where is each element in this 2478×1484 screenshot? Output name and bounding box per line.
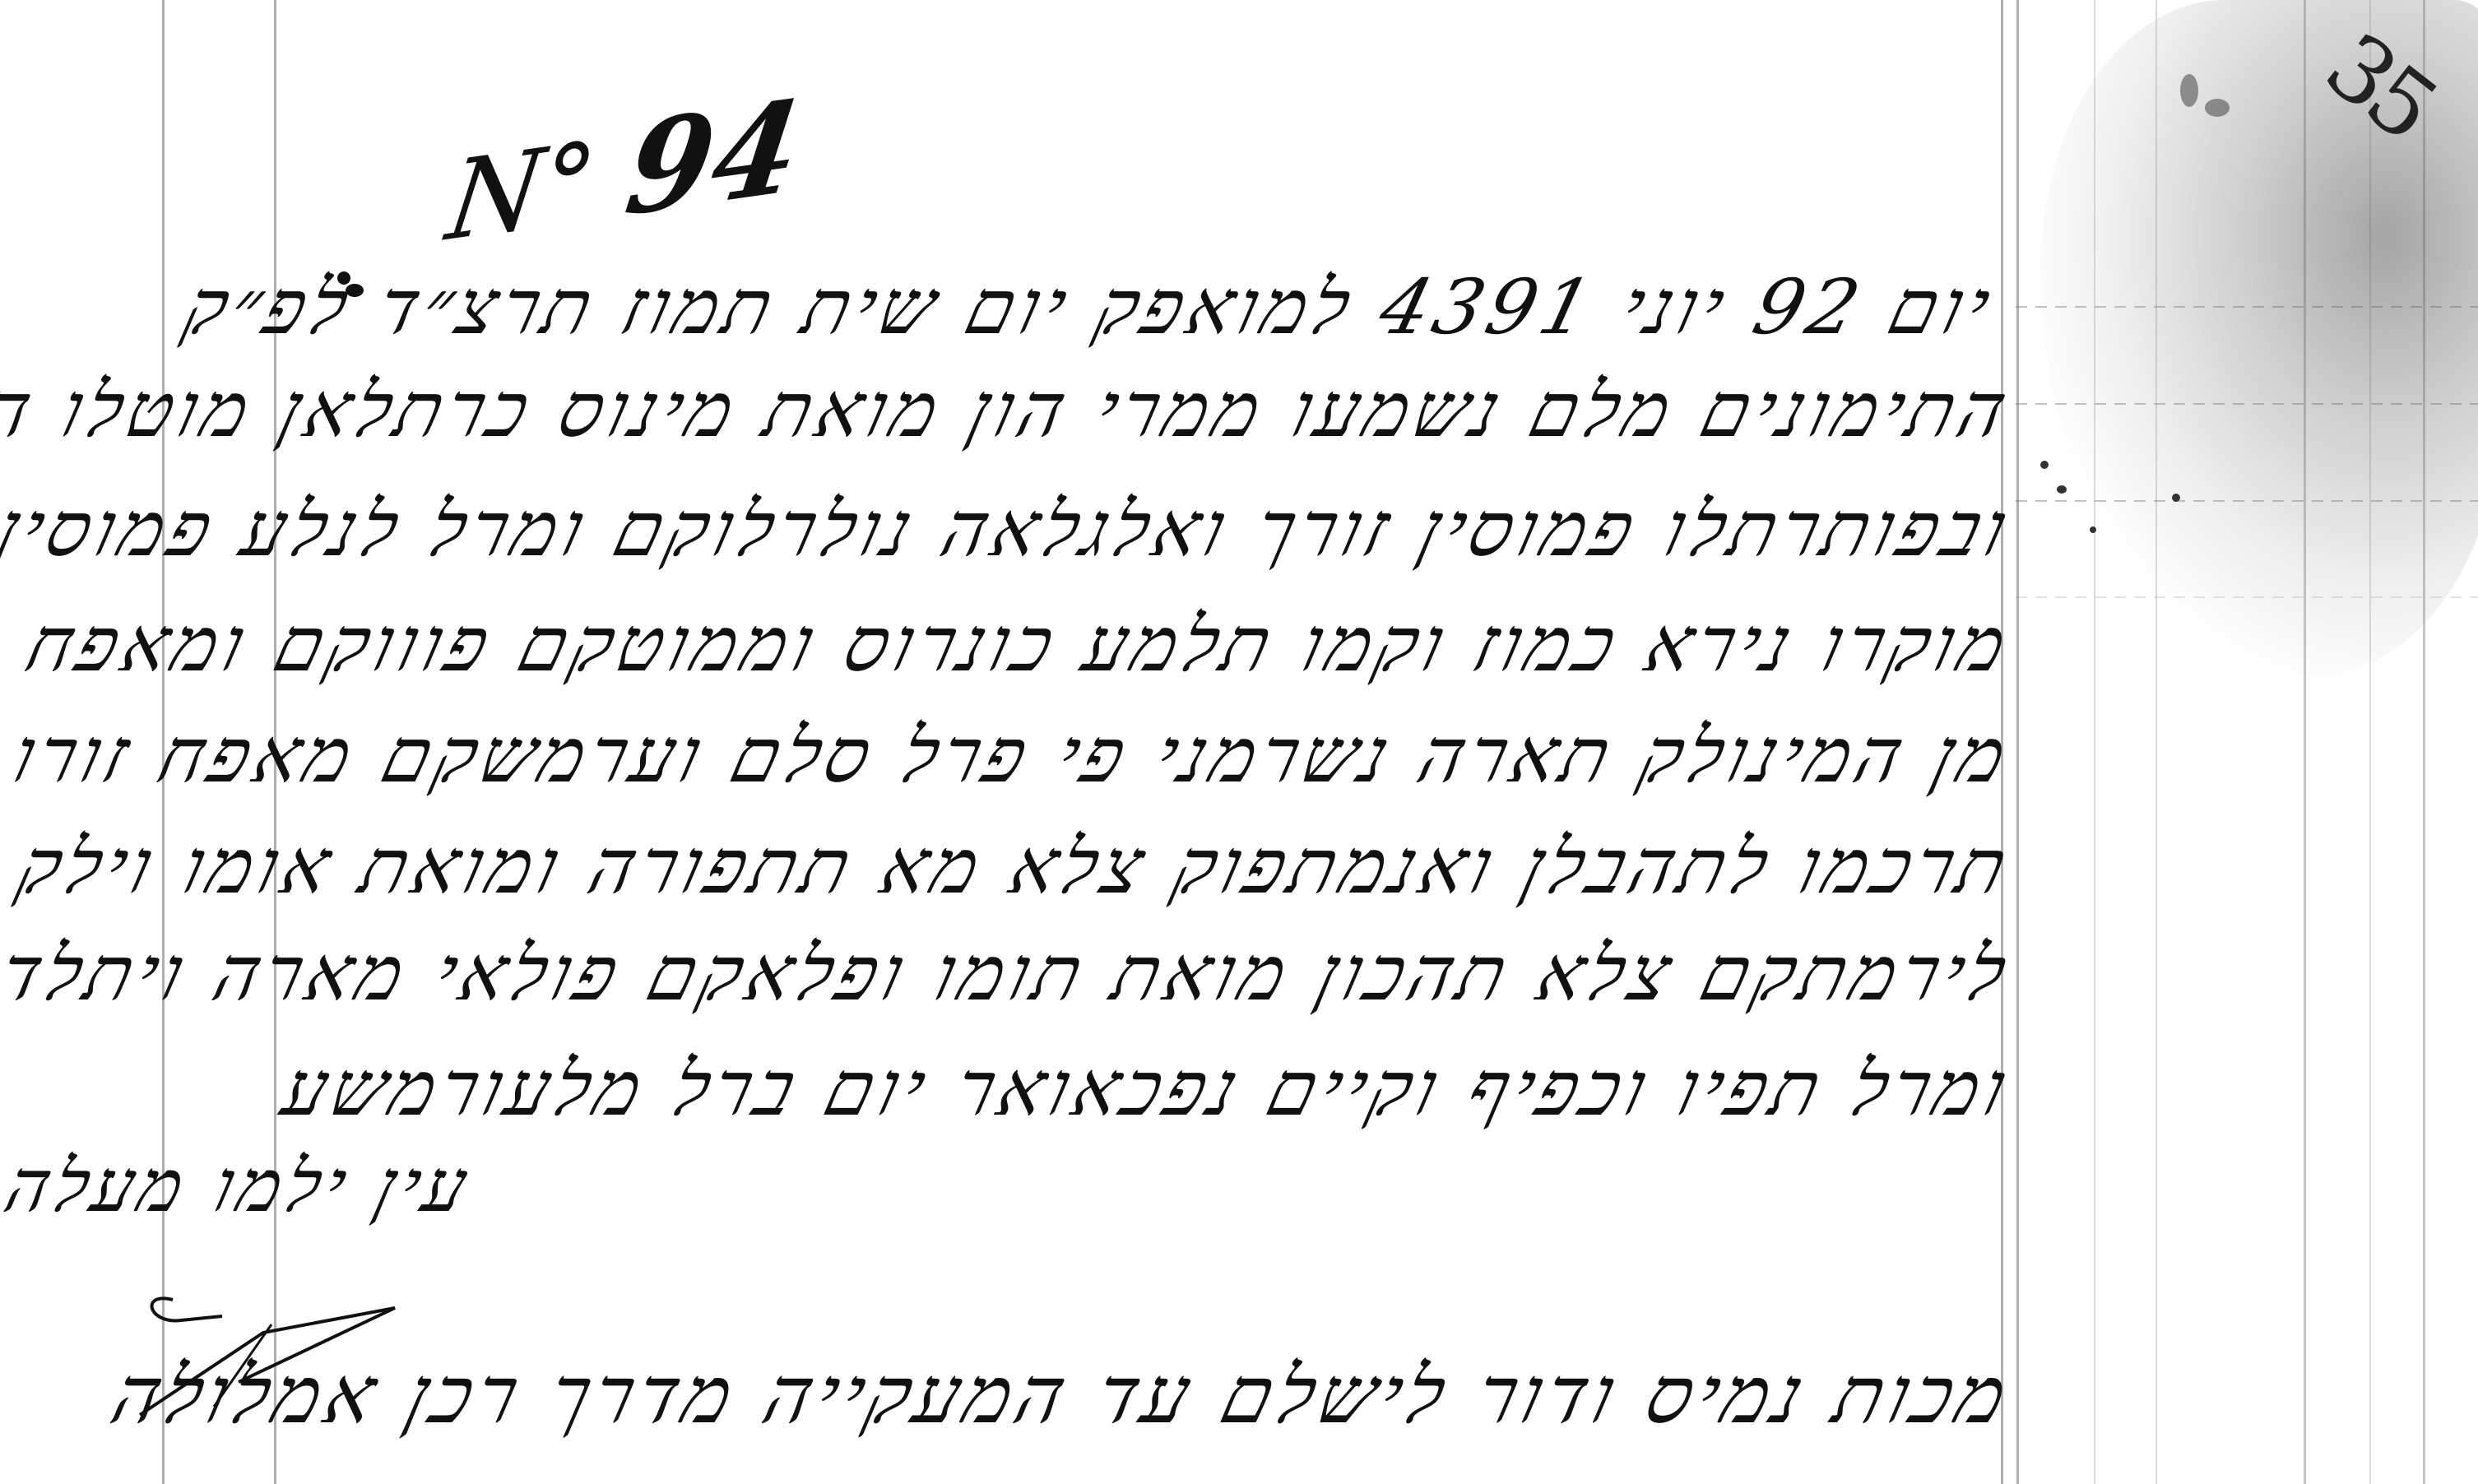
document-page: 35 N°94 יום 29 יוני 1934 למואפק יום שית …: [0, 0, 2478, 1484]
ink-speck: [2172, 494, 2180, 502]
margin-line-right-inner: [2016, 0, 2019, 1484]
letter-line-9: עין ילמו מעלה: [0, 1143, 481, 1229]
number-prefix: N°: [440, 117, 604, 266]
letter-line-1: יום 29 יוני 1934 למואפק יום שית תמוז תרצ…: [176, 263, 2003, 351]
ink-speck: [2090, 526, 2096, 533]
letter-line-5: מן המינולק תארה נשרמני פי פרל סלם וערמשק…: [0, 712, 2020, 800]
letter-line-7: לירמתקם צלא תהכון מואת תומו ופלאקם פולאי…: [0, 930, 2020, 1018]
letter-line-2: התימונים מלם נשמעו ממרי הון מואת מינוס כ…: [0, 366, 2020, 454]
letter-line-6: תרכמו לתהבלן ואנמתפוק צלא מא תתפורה ומוא…: [9, 823, 2020, 911]
document-number: N°94: [439, 72, 809, 271]
ink-speck: [2040, 461, 2049, 469]
ink-speck: [2180, 74, 2198, 107]
letter-line-3: ובפותרתלו פמוסין זורך ואלגלאה נולרלוקם ו…: [0, 485, 2020, 573]
ink-speck: [2057, 485, 2067, 494]
number-value: 94: [618, 72, 809, 245]
letter-line-8: ומרל תפיו וכפיף וקיים נפכאואר יום ברל מל…: [274, 1045, 2021, 1133]
ink-speck: [2205, 99, 2230, 117]
letter-line-4: מוקרו נירא כמוז וקמו תלמע כונרוס וממוטקם…: [0, 601, 2020, 689]
letter-line-10: מכות נמיס ודור לישלם עד המעקייה מדרך רכן…: [103, 1349, 2021, 1441]
